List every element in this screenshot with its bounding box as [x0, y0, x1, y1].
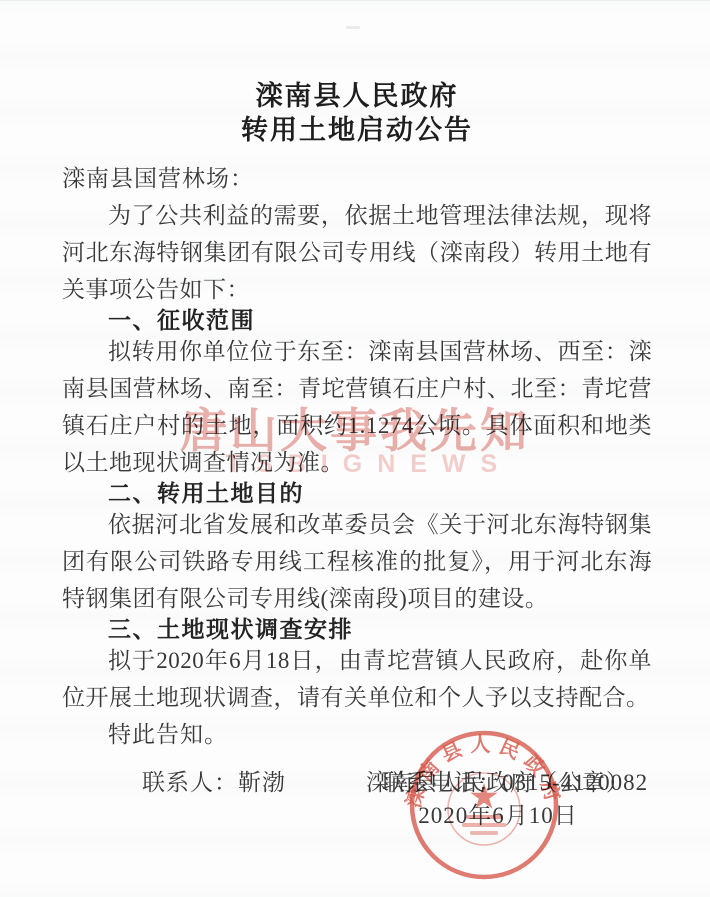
section-3-heading: 三、土地现状调查安排	[62, 615, 652, 644]
intro-paragraph: 为了公共利益的需要，依据土地管理法律法规，现将河北东海特钢集团有限公司专用线（滦…	[62, 197, 652, 308]
signature-date: 2020年6月10日	[358, 799, 638, 832]
document-title: 滦南县人民政府 转用土地启动公告	[62, 79, 652, 147]
title-subject: 转用土地启动公告	[241, 115, 473, 145]
section-1-heading: 一、征收范围	[62, 306, 652, 335]
closing-line: 特此告知。	[62, 716, 652, 753]
contact-person-label: 联系人：	[142, 770, 238, 795]
section-2-body: 依据河北省发展和改革委员会《关于河北东海特钢集团有限公司铁路专用线工程核准的批复…	[62, 506, 652, 617]
signature-block: 滦南县人民政府（公章） 2020年6月10日	[358, 766, 638, 832]
scan-artifact-dash	[346, 26, 360, 29]
contact-person-name: 靳渤	[238, 770, 286, 795]
section-3-body: 拟于2020年6月18日，由青坨营镇人民政府，赴你单位开展土地现状调查，请有关单…	[62, 642, 652, 716]
section-1-body: 拟转用你单位位于东至：滦南县国营林场、西至：滦南县国营林场、南至：青坨营镇石庄户…	[62, 333, 652, 481]
scanned-announcement-document: 滦南县人民政府 转用土地启动公告 滦南县国营林场： 为了公共利益的需要，依据土地…	[0, 0, 710, 897]
signature-issuer: 滦南县人民政府（公章）	[358, 766, 638, 799]
title-issuer: 滦南县人民政府	[256, 81, 459, 111]
section-2-heading: 二、转用土地目的	[62, 479, 652, 508]
document-body: 滦南县人民政府 转用土地启动公告 滦南县国营林场： 为了公共利益的需要，依据土地…	[62, 79, 652, 801]
salutation: 滦南县国营林场：	[62, 161, 652, 197]
